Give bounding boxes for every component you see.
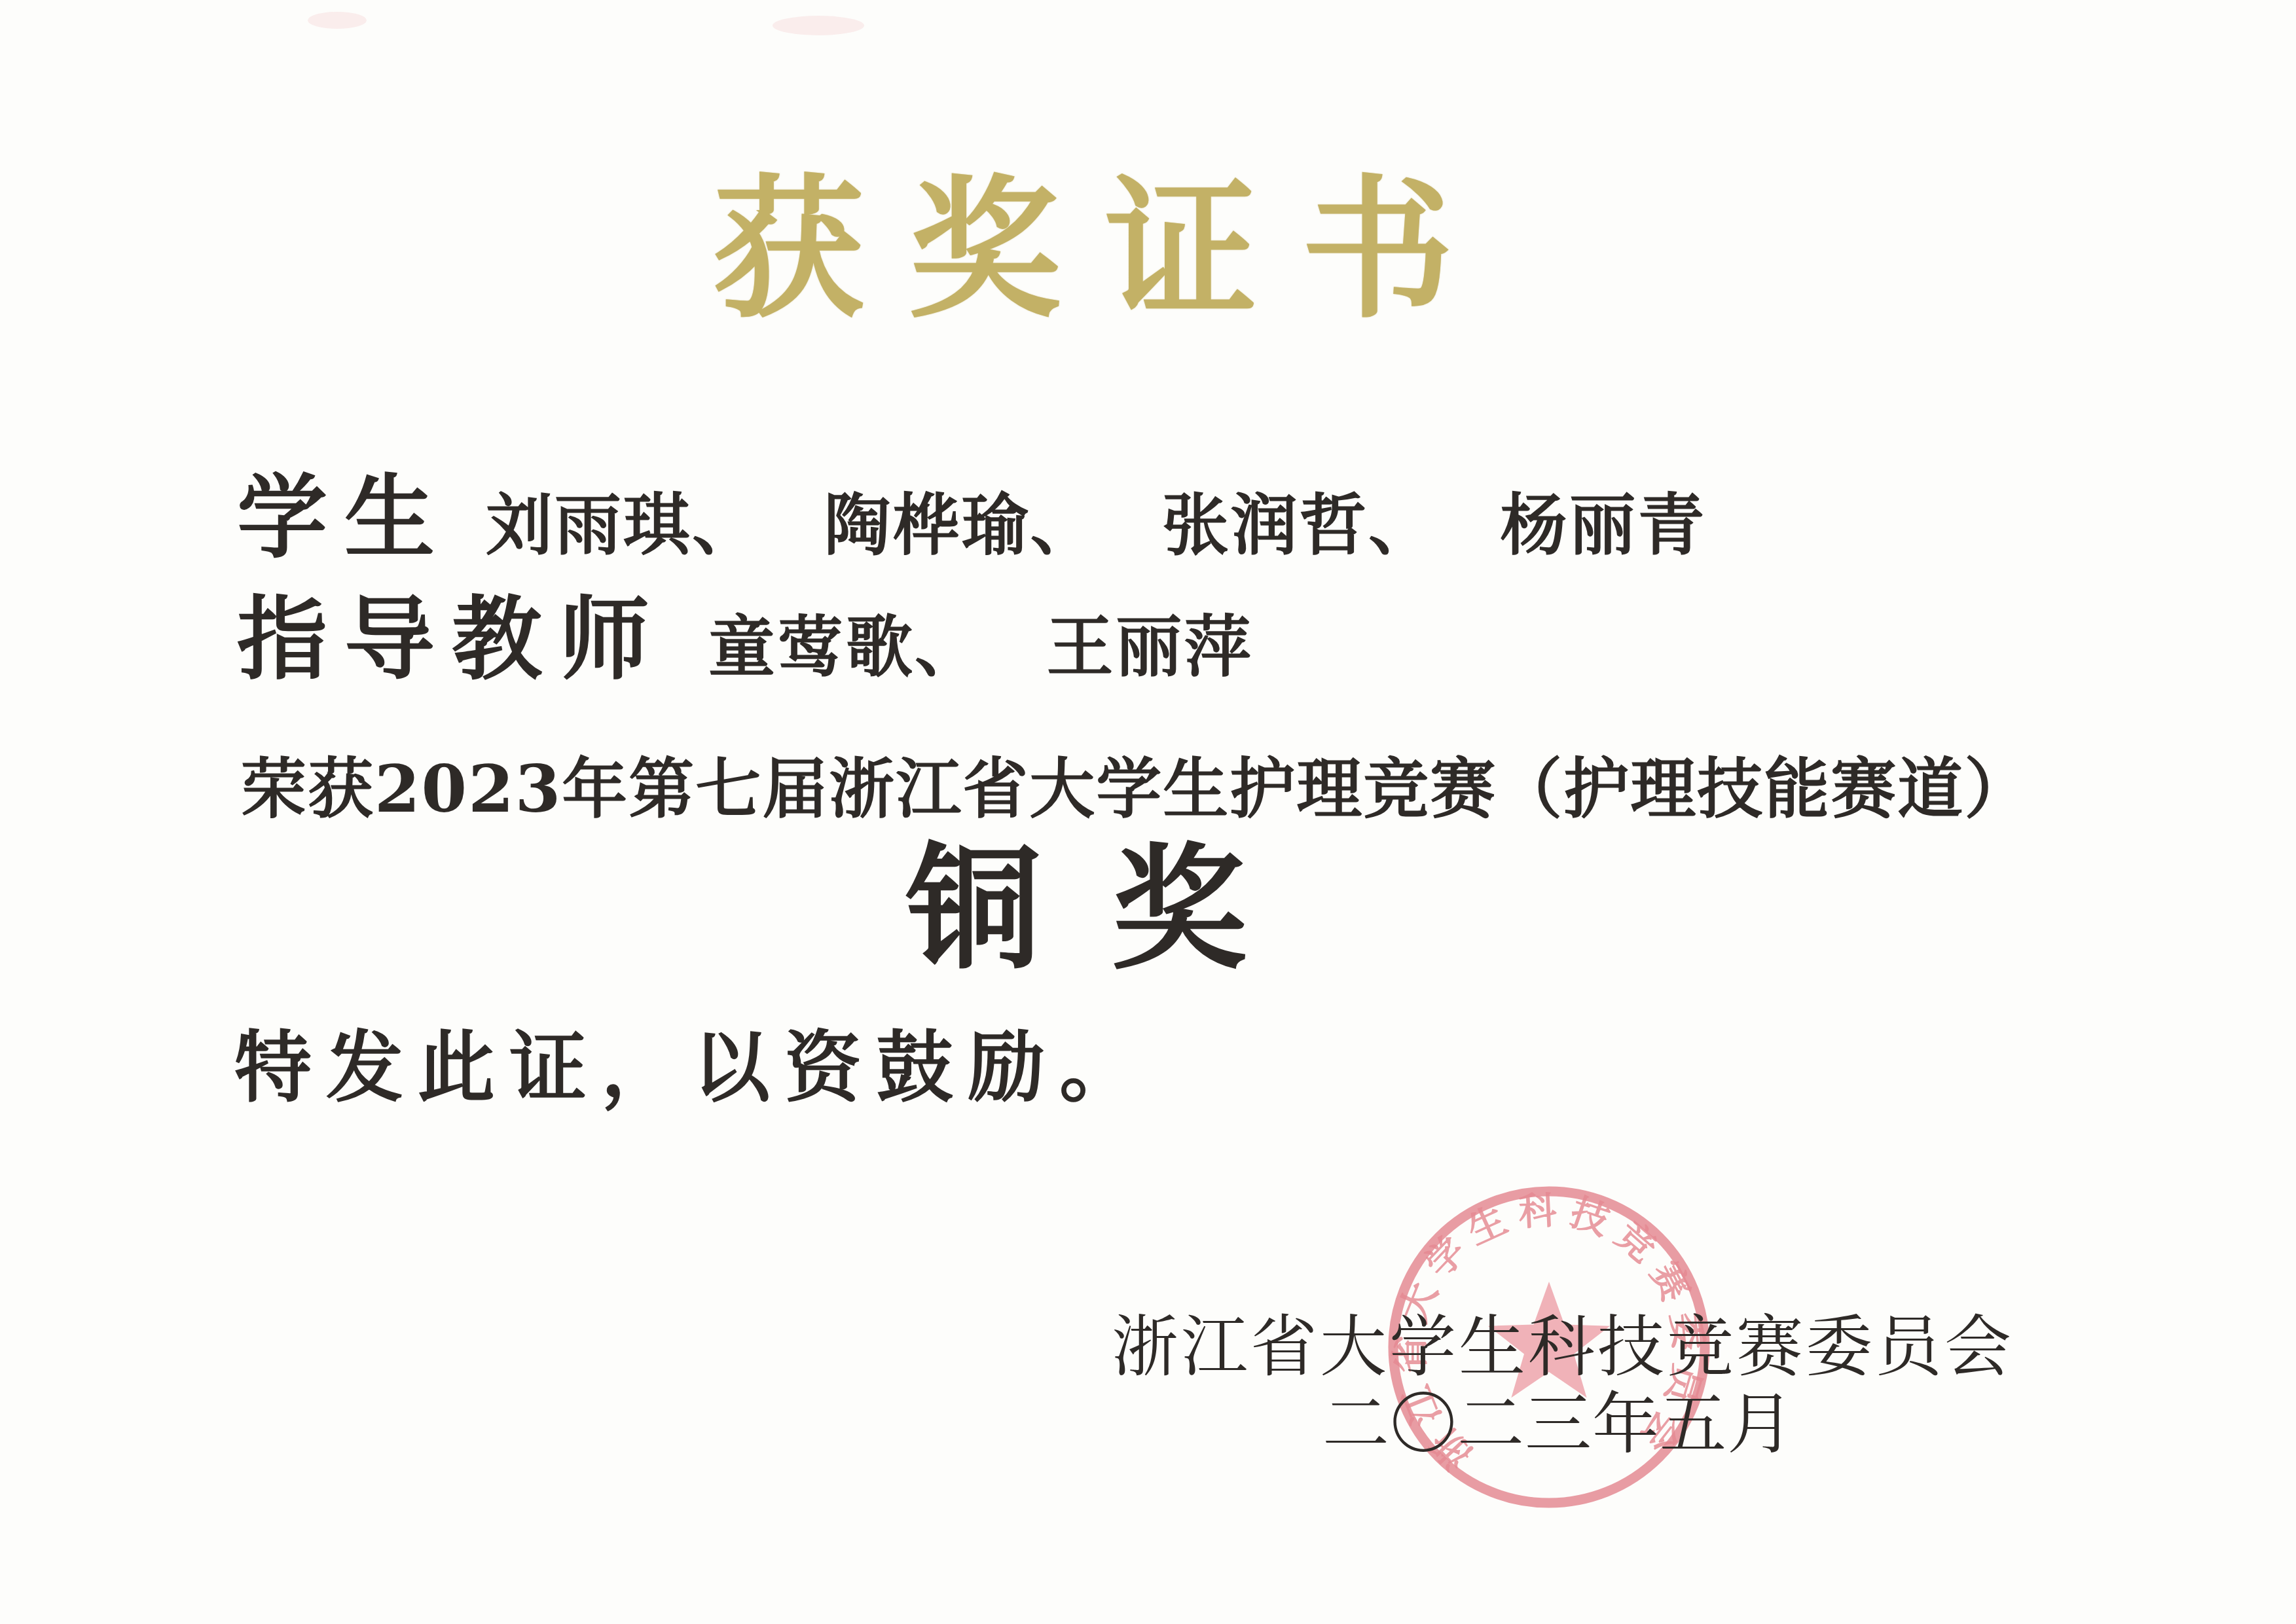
certificate-title: 获奖证书 [712, 174, 1498, 326]
closing-line: 特发此证，以资鼓励。 [234, 1029, 1151, 1106]
award-statement: 荣获2023年第七届浙江省大学生护理竞赛（护理技能赛道） [241, 742, 2031, 835]
certificate-page: 获奖证书 学生 刘雨琪、 陶桦瑜、 张润哲、 杨丽青 指导教师 童莺歌、 王丽萍… [0, 0, 2296, 1624]
award-level: 铜 奖 [906, 842, 1247, 977]
issuer-signature: 浙江省大学生科技竞赛委员会 [1112, 1314, 2014, 1381]
award-level-char-2: 奖 [1112, 842, 1247, 977]
advisors-label: 指导教师 [237, 594, 666, 685]
students-names: 刘雨琪、 陶桦瑜、 张润哲、 杨丽青 [486, 492, 1707, 559]
advisors-names: 童莺歌、 王丽萍 [708, 614, 1253, 681]
award-level-char-1: 铜 [906, 842, 1041, 977]
scan-artifact [773, 16, 864, 35]
students-row: 学生 刘雨琪、 陶桦瑜、 张润哲、 杨丽青 [237, 473, 1707, 563]
scan-artifact [308, 12, 367, 29]
issue-date: 二〇二三年五月 [1322, 1392, 1795, 1458]
students-label: 学生 [237, 473, 452, 563]
advisors-row: 指导教师 童莺歌、 王丽萍 [237, 594, 1253, 685]
